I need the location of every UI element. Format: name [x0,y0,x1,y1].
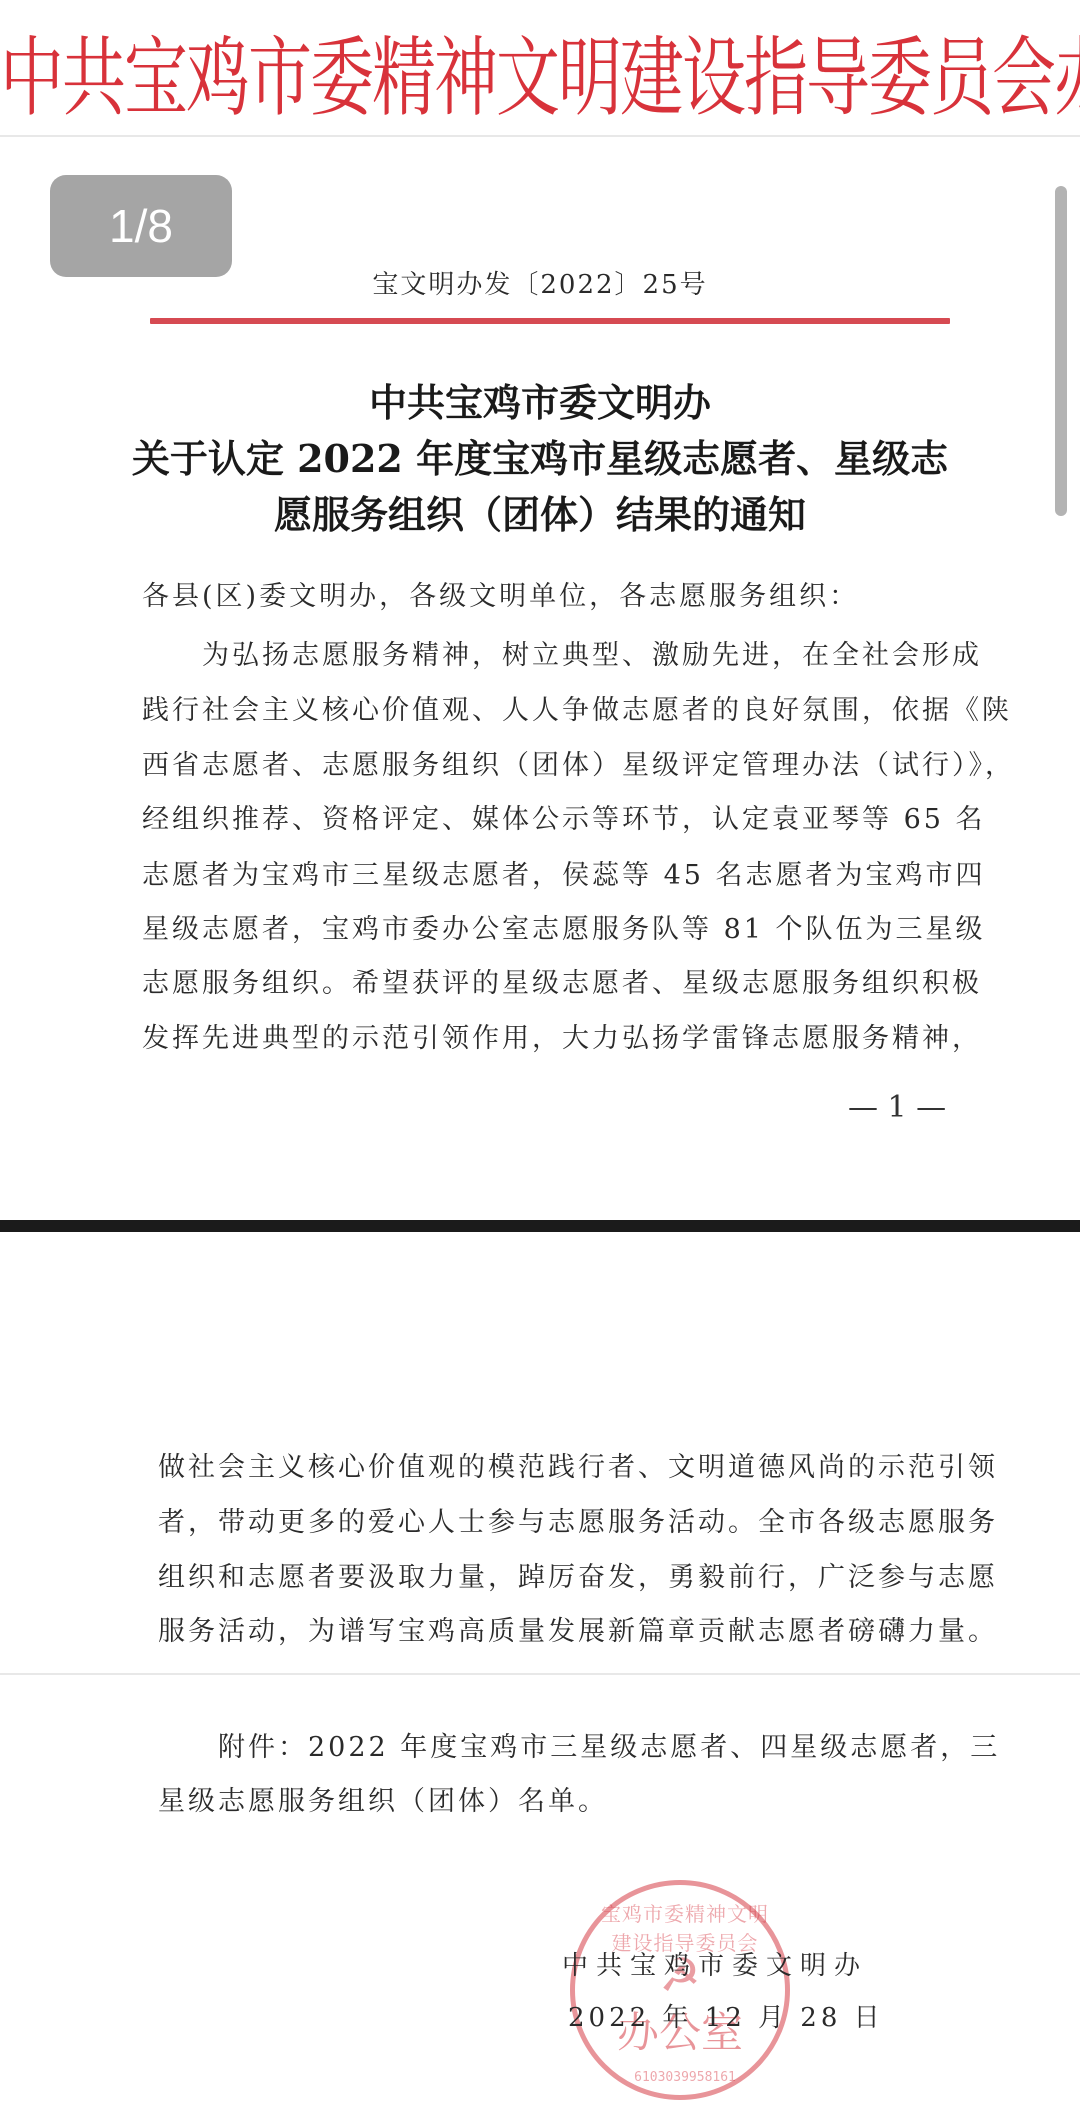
body-line: 者，带动更多的爱心人士参与志愿服务活动。全市各级志愿服务 [158,1500,958,1539]
seal-code: 6103039958161 [620,2070,750,2085]
body-line: 组织和志愿者要汲取力量，踔厉奋发，勇毅前行，广泛参与志愿 [158,1555,958,1594]
page-top-divider [0,135,1080,137]
body-line: 做社会主义核心价值观的模范践行者、文明道德风尚的示范引领 [158,1445,958,1484]
attachment-line-2: 星级志愿服务组织（团体）名单。 [158,1779,958,1818]
body-line: 发挥先进典型的示范引领作用，大力弘扬学雷锋志愿服务精神， [142,1016,942,1055]
signature-org: 中共宝鸡市委文明办 [562,1945,868,1982]
body-line: 西省志愿者、志愿服务组织（团体）星级评定管理办法（试行）》， [142,743,942,782]
page-break-divider [0,1220,1080,1232]
body-line: 为弘扬志愿服务精神，树立典型、激励先进，在全社会形成 [142,633,942,672]
document-number: 宝文明办发〔2022〕25号 [0,264,1080,301]
salutation-line: 各县(区)委文明办，各级文明单位，各志愿服务组织： [142,574,942,613]
body-line: 星级志愿者，宝鸡市委办公室志愿服务队等 81 个队伍为三星级 [142,907,942,946]
page-number: — 1 — [848,1090,946,1125]
document-red-header: 中共宝鸡市委精神文明建设指导委员会办公室文件 [0,5,1080,154]
title-line-3: 愿服务组织（团体）结果的通知 [0,484,1080,539]
body-line: 践行社会主义核心价值观、人人争做志愿者的良好氛围，依据《陕 [142,688,942,727]
vertical-scrollbar[interactable] [1055,186,1067,516]
title-line-2: 关于认定 2022 年度宝鸡市星级志愿者、星级志 [0,428,1080,483]
title-line-1: 中共宝鸡市委文明办 [0,372,1080,427]
signature-date: 2022 年 12 月 28 日 [568,1997,884,2034]
red-separator-rule [150,318,950,324]
page-indicator-badge: 1/8 [50,175,232,277]
body-line: 志愿服务组织。希望获评的星级志愿者、星级志愿服务组织积极 [142,961,942,1000]
body-line: 服务活动，为谱写宝鸡高质量发展新篇章贡献志愿者磅礴力量。 [158,1609,958,1648]
attachment-line-1: 附件：2022 年度宝鸡市三星级志愿者、四星级志愿者，三 [158,1725,958,1764]
body-line: 志愿者为宝鸡市三星级志愿者，侯蕊等 45 名志愿者为宝鸡市四 [142,853,942,892]
scan-seam-line [0,1673,1080,1675]
body-line: 经组织推荐、资格评定、媒体公示等环节，认定袁亚琴等 65 名 [142,797,942,836]
